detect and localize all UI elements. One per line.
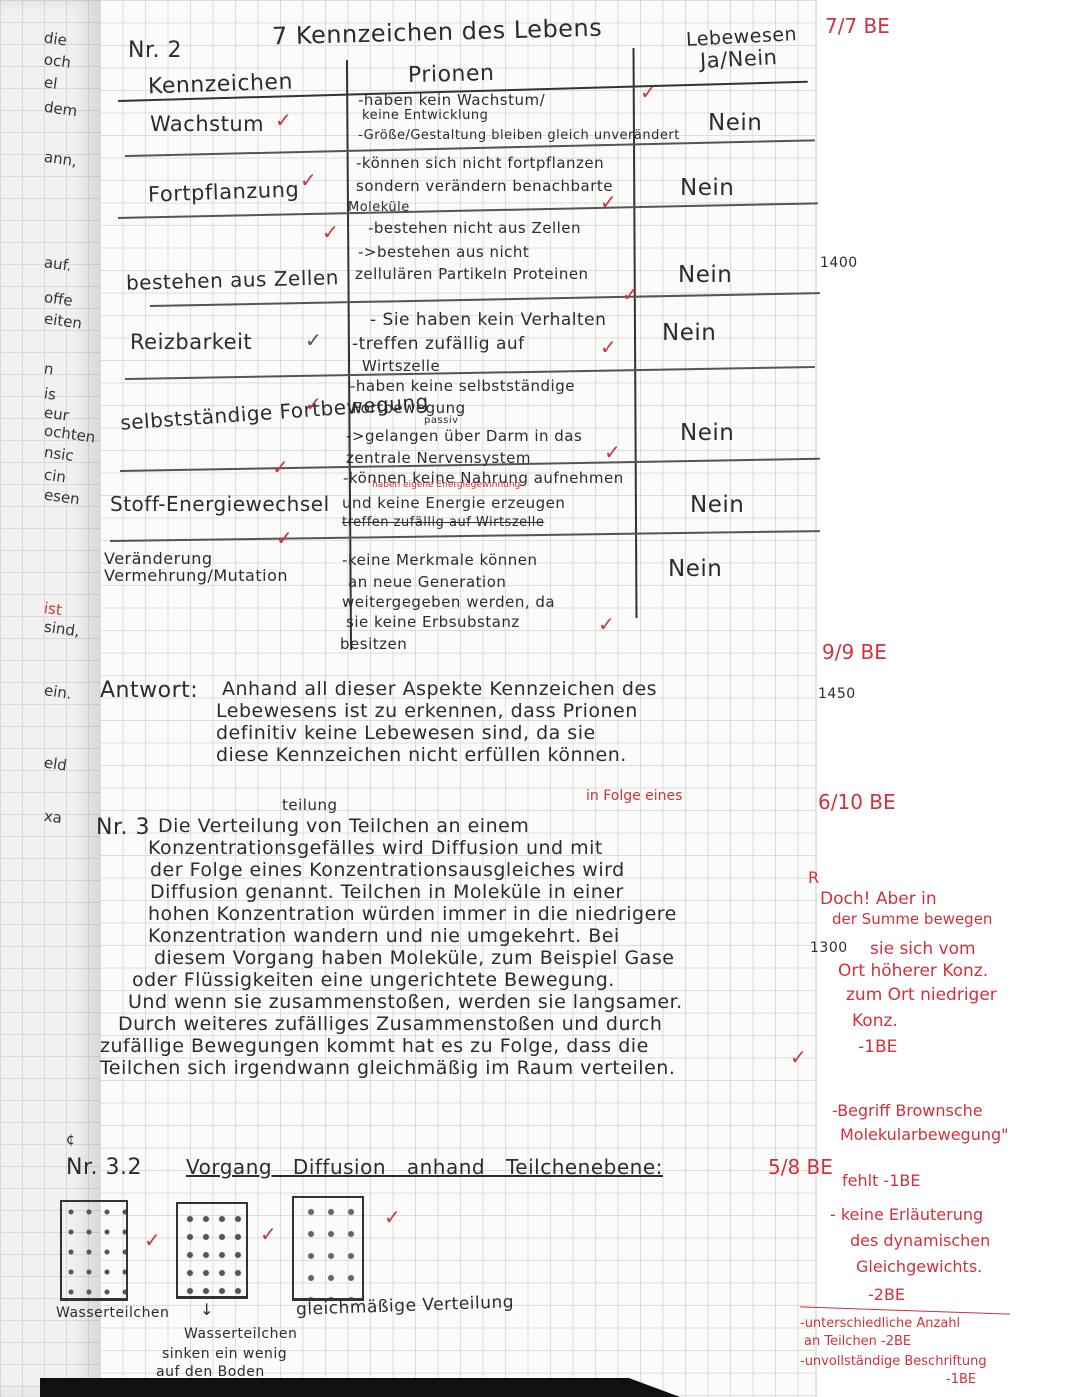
beaker-drawing-3 bbox=[292, 1196, 364, 1301]
checkmark-icon: ✓ bbox=[322, 220, 339, 244]
row-prion-line: und keine Energie erzeugen bbox=[342, 495, 565, 511]
row-prion-line: - Sie haben kein Verhalten bbox=[370, 312, 606, 328]
margin-fragment: cin bbox=[43, 466, 67, 487]
task3-2-number: Nr. 3.2 bbox=[66, 1155, 142, 1180]
row-prion-line: -treffen zufällig auf bbox=[352, 336, 525, 352]
task3-line: Die Verteilung von Teilchen an einem bbox=[158, 815, 529, 837]
row-prion-line: -bestehen nicht aus Zellen bbox=[368, 220, 581, 236]
margin-mark: R bbox=[808, 868, 819, 887]
margin-fragment: xa bbox=[43, 807, 63, 827]
teacher-comment-line: Molekularbewegung" bbox=[840, 1124, 1009, 1146]
checkmark-icon: ✓ bbox=[144, 1228, 161, 1252]
margin-fragment: sind, bbox=[43, 618, 81, 641]
row-prion-line-struck: treffen zufällig auf Wirtszelle bbox=[342, 515, 544, 531]
teacher-comment-line: Ort höherer Konz. bbox=[838, 960, 988, 982]
checkmark-icon: ✓ bbox=[384, 1205, 401, 1229]
row-prion-line: -Größe/Gestaltung bleiben gleich unverän… bbox=[358, 128, 680, 144]
task3-line: Konzentration wandern und nie umgekehrt.… bbox=[148, 925, 620, 947]
checkmark-icon: ✓ bbox=[260, 1222, 277, 1246]
task3-number: Nr. 3 bbox=[96, 815, 150, 840]
checkmark-icon: ✓ bbox=[276, 526, 293, 550]
margin-fragment: eld bbox=[43, 753, 68, 774]
task2-number: Nr. 2 bbox=[128, 38, 182, 63]
checkmark-icon: ✓ bbox=[600, 335, 617, 359]
row-prion-line: zellulären Partikeln Proteinen bbox=[355, 266, 589, 282]
margin-fragment: ann, bbox=[43, 148, 78, 170]
answer-line: Anhand all dieser Aspekte Kennzeichen de… bbox=[222, 678, 657, 700]
row-prion-line: Moleküle bbox=[348, 200, 410, 216]
arrow-down-icon: ↓ bbox=[200, 1300, 214, 1319]
margin-fragment: die bbox=[43, 28, 68, 49]
row-prion-line: -keine Merkmale können bbox=[342, 552, 538, 568]
row-prion-line: weitergegeben werden, da bbox=[342, 594, 555, 610]
beaker-drawing-2 bbox=[176, 1202, 248, 1299]
teacher-comment-line: fehlt -1BE bbox=[842, 1170, 920, 1192]
checkmark-icon: ✓ bbox=[790, 1045, 807, 1069]
row-prion-line: sondern verändern benachbarte bbox=[356, 178, 613, 194]
task3-line: zufällige Bewegungen kommt hat es zu Fol… bbox=[100, 1035, 649, 1057]
teacher-comment-line: - keine Erläuterung bbox=[830, 1204, 983, 1226]
task3-2-title: Vorgang Diffusion anhand Teilchenebene: bbox=[186, 1155, 663, 1179]
task3-line: oder Flüssigkeiten eine ungerichtete Bew… bbox=[132, 969, 615, 991]
margin-fragment: ochten bbox=[43, 421, 97, 446]
row-answer: Nein bbox=[690, 492, 744, 518]
row-prion-line: zentrale Nervensystem bbox=[346, 450, 531, 466]
teacher-comment-line: -2BE bbox=[868, 1284, 905, 1306]
teacher-comment-line: -1BE bbox=[946, 1372, 976, 1387]
row-prion-line: -haben kein Wachstum/ bbox=[358, 92, 545, 108]
answer-label: Antwort: bbox=[100, 678, 198, 703]
checkmark-icon: ✓ bbox=[600, 190, 617, 214]
checkmark-icon: ✓ bbox=[272, 455, 289, 479]
checkmark-icon: ✓ bbox=[305, 328, 322, 352]
teacher-comment-line: des dynamischen bbox=[850, 1230, 990, 1252]
beaker-drawing-1 bbox=[60, 1200, 128, 1301]
margin-number: 1400 bbox=[820, 255, 858, 271]
margin-number: 1300 bbox=[810, 940, 848, 956]
teacher-comment-line: zum Ort niedriger bbox=[846, 984, 997, 1006]
task3-line: Teilchen sich irgendwann gleichmäßig im … bbox=[100, 1057, 675, 1079]
task3-line: Durch weiteres zufälliges Zusammenstoßen… bbox=[118, 1013, 662, 1035]
teacher-comment-line: Konz. bbox=[852, 1010, 898, 1032]
col-header-yes-no: Ja/Nein bbox=[699, 45, 778, 73]
row-prion-line: Wirtszelle bbox=[362, 358, 440, 374]
row-criterion: Stoff-Energiewechsel bbox=[110, 492, 330, 516]
row-answer: Nein bbox=[668, 556, 722, 582]
row-answer: Nein bbox=[708, 110, 762, 136]
checkmark-icon: ✓ bbox=[305, 392, 322, 416]
margin-fragment: eiten bbox=[43, 309, 83, 332]
row-prion-line: ->gelangen über Darm in das bbox=[346, 428, 582, 444]
teacher-comment-line: Gleichgewichts. bbox=[856, 1256, 982, 1278]
checkmark-icon: ✓ bbox=[598, 612, 615, 636]
margin-mark: ¢ bbox=[66, 1132, 75, 1148]
row-prion-line: -haben keine selbstständige bbox=[350, 378, 575, 394]
margin-number: 1450 bbox=[818, 686, 856, 702]
row-answer: Nein bbox=[662, 320, 716, 346]
row-prion-line: besitzen bbox=[340, 636, 407, 652]
margin-fragment: ist bbox=[43, 599, 63, 619]
row-prion-line: an neue Generation bbox=[348, 574, 506, 590]
answer-score: 9/9 BE bbox=[822, 640, 887, 664]
margin-fragment: offe bbox=[43, 288, 74, 310]
row-answer: Nein bbox=[680, 420, 734, 446]
margin-fragment: n bbox=[43, 359, 55, 378]
inserted-word: haben eigene Energiegewinnung bbox=[372, 480, 520, 490]
beaker-label: auf den Boden bbox=[156, 1364, 265, 1380]
teacher-comment-line: -unterschiedliche Anzahl bbox=[800, 1316, 960, 1331]
margin-fragment: el bbox=[43, 73, 59, 93]
teacher-comment-line: -Begriff Brownsche bbox=[832, 1100, 983, 1122]
notebook-cover-edge bbox=[40, 1378, 680, 1397]
teacher-comment-line: Doch! Aber in bbox=[820, 888, 937, 910]
col-header-prions: Prionen bbox=[408, 61, 495, 88]
teacher-comment-line: der Summe bewegen bbox=[832, 908, 992, 930]
answer-line: diese Kennzeichen nicht erfüllen können. bbox=[216, 744, 627, 766]
checkmark-icon: ✓ bbox=[300, 168, 317, 192]
task3-line: hohen Konzentration würden immer in die … bbox=[148, 903, 677, 925]
margin-fragment: ein. bbox=[43, 681, 73, 703]
left-page-sliver: die och el dem ann, auf. offe eiten n is… bbox=[0, 0, 100, 1397]
row-criterion: Wachstum bbox=[150, 112, 264, 136]
row-criterion: Reizbarkeit bbox=[130, 330, 252, 354]
margin-fragment: is bbox=[43, 384, 57, 403]
task3-line: Konzentrationsgefälles wird Diffusion un… bbox=[148, 837, 603, 859]
task3-2-score: 5/8 BE bbox=[768, 1155, 833, 1179]
row-answer: Nein bbox=[678, 262, 732, 288]
checkmark-icon: ✓ bbox=[622, 282, 639, 306]
task3-score: 6/10 BE bbox=[818, 790, 896, 814]
margin-fragment: nsic bbox=[43, 443, 75, 465]
teacher-comment-line: sie sich vom bbox=[870, 938, 976, 960]
beaker-label: sinken ein wenig bbox=[162, 1346, 287, 1362]
beaker-label: Wasserteilchen bbox=[56, 1305, 169, 1321]
row-prion-line: ->bestehen aus nicht bbox=[358, 244, 529, 260]
answer-line: Lebewesens ist zu erkennen, dass Prionen bbox=[216, 700, 638, 722]
checkmark-icon: ✓ bbox=[604, 440, 621, 464]
teacher-comment-line: an Teilchen -2BE bbox=[804, 1334, 911, 1349]
row-prion-line: keine Entwicklung bbox=[362, 108, 488, 124]
task3-line: Und wenn sie zusammenstoßen, werden sie … bbox=[128, 991, 683, 1013]
margin-fragment: esen bbox=[43, 486, 81, 509]
task3-line: der Folge eines Konzentrationsausgleiche… bbox=[150, 859, 625, 881]
margin-fragment: auf. bbox=[43, 253, 73, 275]
task3-line: diesem Vorgang haben Moleküle, zum Beisp… bbox=[154, 947, 674, 969]
teacher-comment-line: -1BE bbox=[858, 1036, 897, 1058]
beaker-label: Wasserteilchen bbox=[184, 1326, 297, 1342]
row-prion-line: sie keine Erbsubstanz bbox=[346, 614, 520, 630]
teacher-comment-line: -unvollständige Beschriftung bbox=[800, 1354, 987, 1369]
task3-line: Diffusion genannt. Teilchen in Moleküle … bbox=[150, 881, 624, 903]
correction-above: teilung bbox=[282, 796, 337, 814]
answer-line: definitiv keine Lebewesen sind, da sie bbox=[216, 722, 596, 744]
row-prion-line: -können sich nicht fortpflanzen bbox=[356, 155, 604, 171]
checkmark-icon: ✓ bbox=[275, 108, 292, 132]
row-answer: Nein bbox=[680, 175, 734, 201]
task2-score: 7/7 BE bbox=[825, 14, 890, 38]
margin-fragment: och bbox=[43, 50, 72, 72]
margin-fragment: dem bbox=[43, 98, 79, 120]
checkmark-icon: ✓ bbox=[640, 80, 657, 104]
red-correction: in Folge eines bbox=[586, 788, 682, 804]
row-criterion: Veränderung Vermehrung/Mutation bbox=[104, 550, 319, 584]
